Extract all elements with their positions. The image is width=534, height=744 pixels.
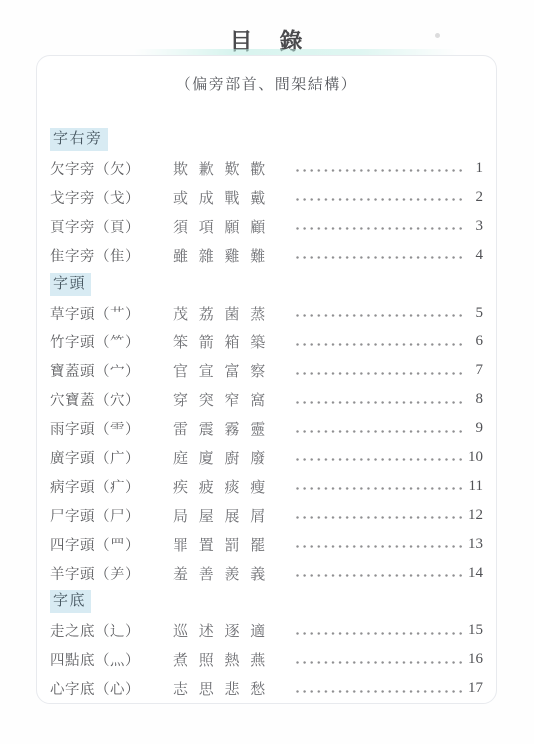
toc-entry: 頁字旁（頁） 須 項 願 顧 3 — [50, 212, 483, 241]
section-heading: 字底 — [50, 590, 91, 613]
entry-examples: 巡 述 逐 適 — [173, 620, 294, 641]
entry-examples: 煮 照 熱 燕 — [173, 649, 294, 670]
entry-page-number: 7 — [465, 362, 483, 379]
toc-subtitle: （偏旁部首、間架結構） — [37, 73, 496, 94]
entry-label: 尸字頭（尸） — [50, 505, 173, 526]
toc-entry: 穴寶蓋（穴） 穿 突 窄 窩 8 — [50, 385, 483, 414]
toc-entry: 戈字旁（戈） 或 成 戰 戴 2 — [50, 183, 483, 212]
entry-label: 心字底（心） — [50, 678, 173, 699]
toc-entry: 病字頭（疒） 疾 疲 痰 瘦 11 — [50, 472, 483, 501]
entry-examples: 欺 歉 歎 歡 — [173, 158, 294, 179]
entry-page-number: 16 — [465, 651, 483, 668]
entry-page-number: 4 — [465, 247, 483, 264]
entry-label: 草字頭（艹） — [50, 303, 173, 324]
dotted-leader — [296, 372, 462, 375]
dotted-leader — [296, 545, 462, 548]
entry-page-number: 6 — [465, 333, 483, 350]
dotted-leader — [296, 487, 462, 490]
entry-page-number: 5 — [465, 305, 483, 322]
entry-label: 隹字旁（隹） — [50, 245, 173, 266]
entry-page-number: 12 — [465, 507, 483, 524]
dotted-leader — [296, 343, 462, 346]
entry-examples: 羞 善 羨 義 — [173, 563, 294, 584]
section-right-side: 字右旁 — [50, 125, 483, 154]
toc-entry: 雨字頭（⻗） 雷 震 霧 靈 9 — [50, 414, 483, 443]
dotted-leader — [296, 198, 462, 201]
dotted-leader — [296, 690, 462, 693]
toc-entry: 廣字頭（广） 庭 廈 廚 廢 10 — [50, 443, 483, 472]
entry-label: 廣字頭（广） — [50, 447, 173, 468]
toc-entry: 草字頭（艹） 茂 荔 菌 蒸 5 — [50, 299, 483, 328]
entry-label: 欠字旁（欠） — [50, 158, 173, 179]
dotted-leader — [296, 169, 462, 172]
entry-page-number: 9 — [465, 420, 483, 437]
entry-examples: 須 項 願 顧 — [173, 216, 294, 237]
entry-examples: 官 宣 富 察 — [173, 360, 294, 381]
entry-examples: 志 思 悲 愁 — [173, 678, 294, 699]
entry-examples: 笨 箭 箱 築 — [173, 331, 294, 352]
toc-entry: 尸字頭（尸） 局 屋 展 屑 12 — [50, 501, 483, 530]
entry-label: 戈字旁（戈） — [50, 187, 173, 208]
entry-examples: 雷 震 霧 靈 — [173, 418, 294, 439]
entry-page-number: 10 — [465, 449, 483, 466]
section-top-component: 字頭 — [50, 270, 483, 299]
dotted-leader — [296, 661, 462, 664]
toc-entry: 寶蓋頭（宀） 官 宣 富 察 7 — [50, 356, 483, 385]
entry-page-number: 3 — [465, 218, 483, 235]
entry-label: 四字頭（罒） — [50, 534, 173, 555]
entry-label: 四點底（灬） — [50, 649, 173, 670]
toc-entry: 竹字頭（⺮） 笨 箭 箱 築 6 — [50, 327, 483, 356]
dotted-leader — [296, 458, 462, 461]
toc-list: 字右旁 欠字旁（欠） 欺 歉 歎 歡 1 戈字旁（戈） 或 成 戰 戴 2 頁字… — [37, 125, 496, 703]
dotted-leader — [296, 516, 462, 519]
entry-page-number: 1 — [465, 160, 483, 177]
section-bottom-component: 字底 — [50, 587, 483, 616]
entry-page-number: 8 — [465, 391, 483, 408]
section-heading: 字右旁 — [50, 128, 108, 151]
entry-examples: 疾 疲 痰 瘦 — [173, 476, 294, 497]
section-heading: 字頭 — [50, 273, 91, 296]
entry-page-number: 15 — [465, 622, 483, 639]
entry-examples: 茂 荔 菌 蒸 — [173, 303, 294, 324]
toc-entry: 四字頭（罒） 罪 置 罰 罷 13 — [50, 530, 483, 559]
entry-examples: 穿 突 窄 窩 — [173, 389, 294, 410]
entry-label: 寶蓋頭（宀） — [50, 360, 173, 381]
entry-examples: 罪 置 罰 罷 — [173, 534, 294, 555]
entry-label: 走之底（辶） — [50, 620, 173, 641]
entry-label: 頁字旁（頁） — [50, 216, 173, 237]
dotted-leader — [296, 430, 462, 433]
entry-label: 穴寶蓋（穴） — [50, 389, 173, 410]
entry-label: 病字頭（疒） — [50, 476, 173, 497]
dotted-leader — [296, 574, 462, 577]
entry-examples: 庭 廈 廚 廢 — [173, 447, 294, 468]
dotted-leader — [296, 314, 462, 317]
dotted-leader — [296, 256, 462, 259]
toc-entry: 走之底（辶） 巡 述 逐 適 15 — [50, 616, 483, 645]
toc-entry: 心字底（心） 志 思 悲 愁 17 — [50, 674, 483, 703]
toc-entry: 四點底（灬） 煮 照 熱 燕 16 — [50, 645, 483, 674]
toc-entry: 欠字旁（欠） 欺 歉 歎 歡 1 — [50, 154, 483, 183]
entry-label: 羊字頭（⺶） — [50, 563, 173, 584]
entry-label: 竹字頭（⺮） — [50, 331, 173, 352]
entry-page-number: 11 — [465, 478, 483, 495]
entry-page-number: 14 — [465, 565, 483, 582]
toc-entry: 羊字頭（⺶） 羞 善 羨 義 14 — [50, 559, 483, 588]
toc-card: （偏旁部首、間架結構） 字右旁 欠字旁（欠） 欺 歉 歎 歡 1 戈字旁（戈） … — [36, 55, 497, 704]
toc-entry: 隹字旁（隹） 雖 雜 雞 難 4 — [50, 241, 483, 270]
dotted-leader — [296, 632, 462, 635]
entry-page-number: 2 — [465, 189, 483, 206]
dotted-leader — [296, 227, 462, 230]
entry-examples: 雖 雜 雞 難 — [173, 245, 294, 266]
entry-label: 雨字頭（⻗） — [50, 418, 173, 439]
entry-examples: 局 屋 展 屑 — [173, 505, 294, 526]
entry-examples: 或 成 戰 戴 — [173, 187, 294, 208]
scan-speckle-artifact — [435, 33, 440, 38]
entry-page-number: 17 — [465, 680, 483, 697]
dotted-leader — [296, 401, 462, 404]
entry-page-number: 13 — [465, 536, 483, 553]
